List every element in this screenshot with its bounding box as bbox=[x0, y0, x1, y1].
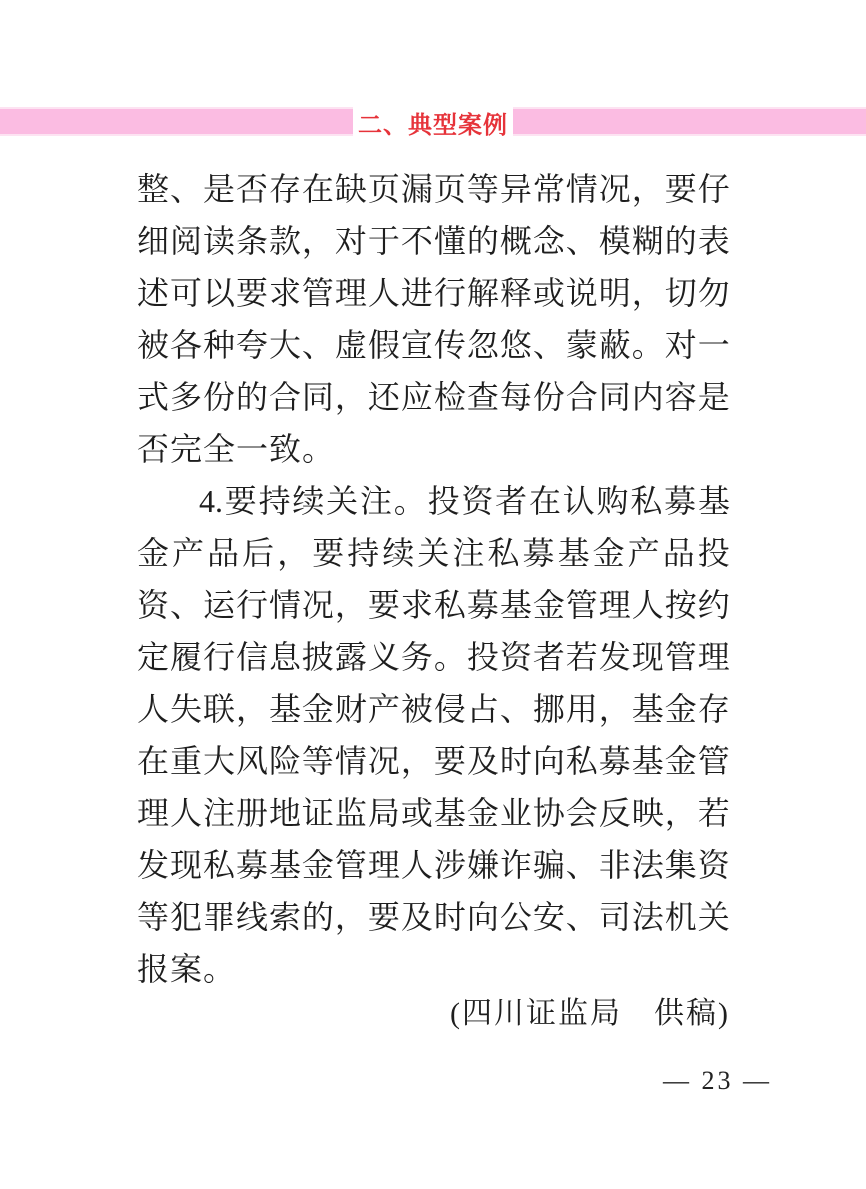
body-text-line: 在重大风险等情况，要及时向私募基金管 bbox=[137, 735, 730, 787]
body-text-line: 人失联，基金财产被侵占、挪用，基金存 bbox=[137, 683, 730, 735]
body-text-line: 否完全一致。 bbox=[137, 423, 730, 475]
body-text-line: 等犯罪线索的，要及时向公安、司法机关 bbox=[137, 891, 730, 943]
body-text-line: 定履行信息披露义务。投资者若发现管理 bbox=[137, 631, 730, 683]
attribution-line: (四川证监局 供稿) bbox=[137, 988, 730, 1040]
body-text-line: 理人注册地证监局或基金业协会反映，若 bbox=[137, 787, 730, 839]
header-band: 二、典型案例 bbox=[0, 107, 866, 136]
body-text-line: 4.要持续关注。投资者在认购私募基 bbox=[199, 475, 730, 527]
body-text-line: 金产品后，要持续关注私募基金产品投 bbox=[137, 527, 730, 579]
page-number: — 23 — bbox=[663, 1066, 772, 1096]
body-text-line: 资、运行情况，要求私募基金管理人按约 bbox=[137, 579, 730, 631]
section-header: 二、典型案例 bbox=[358, 105, 508, 140]
body-text-line: 发现私募基金管理人涉嫌诈骗、非法集资 bbox=[137, 839, 730, 891]
header-title-box: 二、典型案例 bbox=[353, 102, 513, 143]
body-text-line: 被各种夸大、虚假宣传忽悠、蒙蔽。对一 bbox=[137, 319, 730, 371]
body-text-line: 整、是否存在缺页漏页等异常情况，要仔 bbox=[137, 163, 730, 215]
body-text-line: 述可以要求管理人进行解释或说明，切勿 bbox=[137, 267, 730, 319]
body-text: 整、是否存在缺页漏页等异常情况，要仔细阅读条款，对于不懂的概念、模糊的表述可以要… bbox=[137, 163, 730, 995]
body-text-line: 式多份的合同，还应检查每份合同内容是 bbox=[137, 371, 730, 423]
book-page: 二、典型案例 整、是否存在缺页漏页等异常情况，要仔细阅读条款，对于不懂的概念、模… bbox=[0, 0, 866, 1189]
body-text-line: 细阅读条款，对于不懂的概念、模糊的表 bbox=[137, 215, 730, 267]
